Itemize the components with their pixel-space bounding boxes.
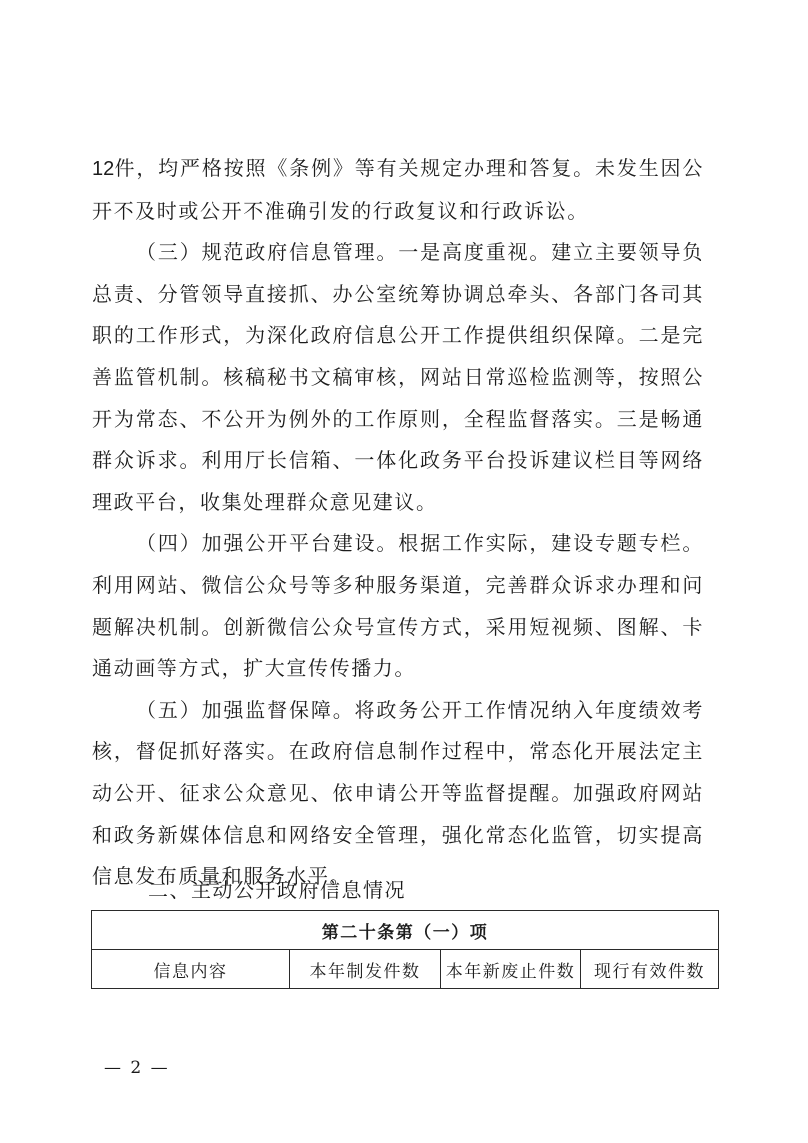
document-page: 12件，均严格按照《条例》等有关规定办理和答复。未发生因公开不及时或公开不准确引… <box>0 0 808 1143</box>
column-header-info-content: 信息内容 <box>92 950 290 989</box>
paragraph-section-5: （五）加强监督保障。将政务公开工作情况纳入年度绩效考核，督促抓好落实。在政府信息… <box>92 690 704 898</box>
paragraph-continuation: 12件，均严格按照《条例》等有关规定办理和答复。未发生因公开不及时或公开不准确引… <box>92 148 704 232</box>
lead-number: 12 <box>92 158 114 180</box>
table-header-row: 信息内容 本年制发件数 本年新废止件数 现行有效件数 <box>92 950 719 989</box>
column-header-currently-valid: 现行有效件数 <box>581 950 719 989</box>
paragraph-section-3: （三）规范政府信息管理。一是高度重视。建立主要领导负总责、分管领导直接抓、办公室… <box>92 232 704 523</box>
table-title: 第二十条第（一）项 <box>92 911 719 950</box>
page-number: — 2 — <box>104 1058 170 1078</box>
column-header-issued-this-year: 本年制发件数 <box>290 950 441 989</box>
disclosure-table: 第二十条第（一）项 信息内容 本年制发件数 本年新废止件数 现行有效件数 <box>91 910 719 989</box>
section-heading: 二、主动公开政府信息情况 <box>148 872 406 908</box>
table-title-row: 第二十条第（一）项 <box>92 911 719 950</box>
paragraph-section-4: （四）加强公开平台建设。根据工作实际，建设专题专栏。利用网站、微信公众号等多种服… <box>92 523 704 689</box>
column-header-abolished-this-year: 本年新废止件数 <box>441 950 581 989</box>
paragraph-text: 件，均严格按照《条例》等有关规定办理和答复。未发生因公开不及时或公开不准确引发的… <box>92 156 704 223</box>
body-text: 12件，均严格按照《条例》等有关规定办理和答复。未发生因公开不及时或公开不准确引… <box>92 148 704 898</box>
